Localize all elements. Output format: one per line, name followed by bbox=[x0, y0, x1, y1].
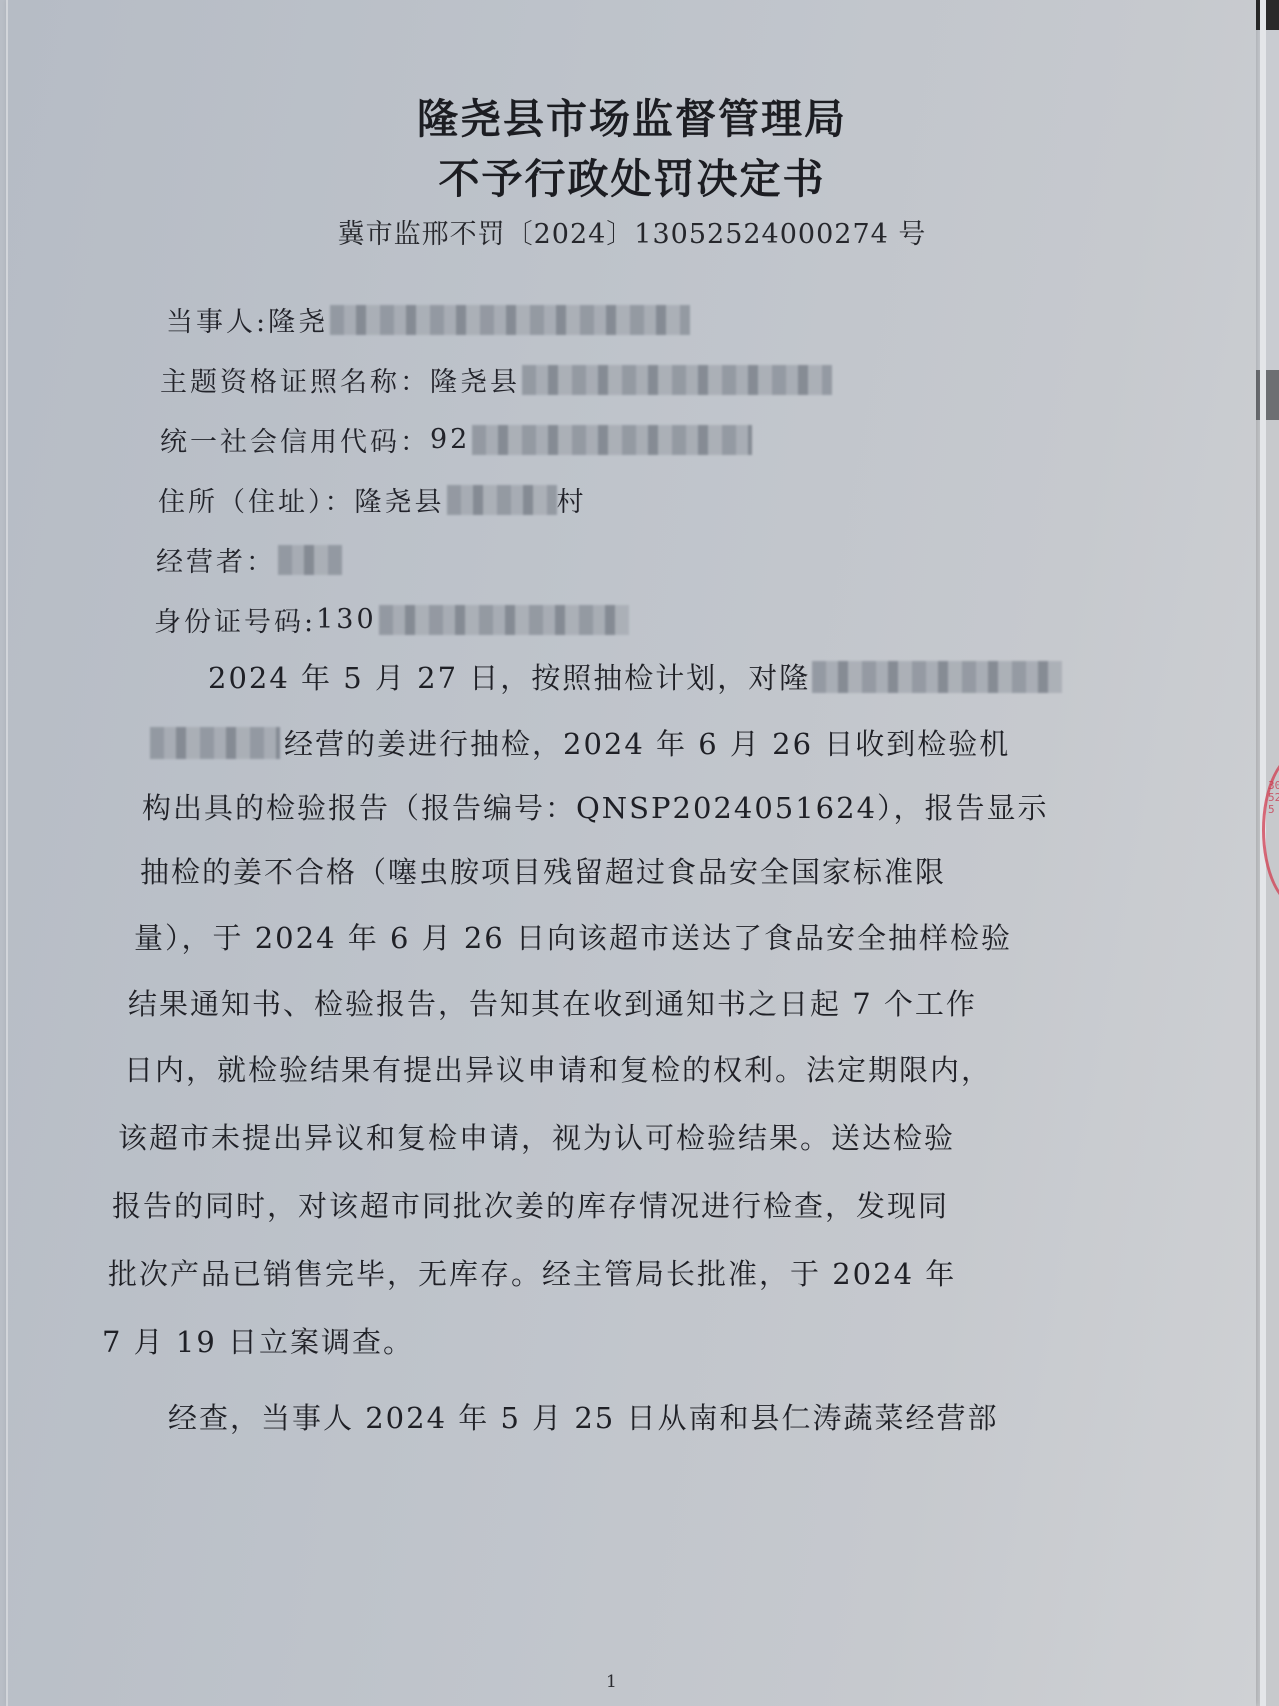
paragraph-line: 批次产品已销售完毕，无库存。经主管局长批准，于 2024 年 bbox=[108, 1252, 956, 1293]
paragraph-line: 结果通知书、检验报告，告知其在收到通知书之日起 7 个工作 bbox=[128, 982, 977, 1023]
field-label: 当事人: bbox=[166, 300, 268, 339]
paragraph-line: 该超市未提出异议和复检申请，视为认可检验结果。送达检验 bbox=[118, 1116, 955, 1157]
field-value: 隆尧县 bbox=[430, 360, 520, 399]
paragraph-line: 日内，就检验结果有提出异议申请和复检的权利。法定期限内， bbox=[124, 1048, 992, 1089]
page-number: 1 bbox=[606, 1672, 617, 1692]
document-page: 隆尧县市场监督管理局 不予行政处罚决定书 冀市监邢不罚〔2024〕1305252… bbox=[6, 0, 1256, 1706]
paragraph-line: 2024 年 5 月 27 日，按照抽检计划，对隆 bbox=[208, 656, 1062, 697]
redacted-block bbox=[150, 727, 280, 759]
paragraph-line: 7 月 19 日立案调查。 bbox=[102, 1320, 414, 1361]
document-title-type: 不予行政处罚决定书 bbox=[8, 146, 1256, 205]
field-value: 130 bbox=[316, 604, 377, 635]
field-label: 经营者： bbox=[156, 540, 276, 579]
field-address: 住所（住址）： 隆尧县 村 bbox=[158, 480, 587, 519]
paragraph-line: 经查，当事人 2024 年 5 月 25 日从南和县仁涛蔬菜经营部 bbox=[168, 1396, 998, 1437]
field-suffix: 村 bbox=[557, 480, 587, 519]
field-value: 92 bbox=[430, 424, 470, 455]
field-label: 住所（住址）： bbox=[158, 480, 355, 519]
paragraph-line: 抽检的姜不合格（噻虫胺项目残留超过食品安全国家标准限 bbox=[140, 850, 946, 891]
field-id-number: 身份证号码: 130 bbox=[154, 600, 629, 639]
redacted-block bbox=[472, 425, 752, 455]
redacted-block bbox=[379, 605, 629, 635]
field-label: 统一社会信用代码： bbox=[160, 420, 430, 459]
field-operator: 经营者： bbox=[156, 540, 342, 579]
redacted-block bbox=[278, 545, 342, 575]
document-number: 冀市监邢不罚〔2024〕13052524000274 号 bbox=[8, 212, 1256, 251]
redacted-block bbox=[522, 365, 832, 395]
field-label: 身份证号码: bbox=[154, 600, 316, 639]
seal-number: 30525 bbox=[1268, 780, 1279, 816]
paragraph-line: 经营的姜进行抽检，2024 年 6 月 26 日收到检验机 bbox=[148, 722, 1010, 763]
redacted-block bbox=[447, 485, 557, 515]
field-label: 主题资格证照名称： bbox=[160, 360, 430, 399]
paragraph-line: 构出具的检验报告（报告编号：QNSP2024051624），报告显示 bbox=[142, 786, 1049, 827]
field-credit-code: 统一社会信用代码： 92 bbox=[160, 420, 752, 459]
paragraph-line: 量），于 2024 年 6 月 26 日向该超市送达了食品安全抽样检验 bbox=[134, 916, 1012, 957]
field-value: 隆尧县 bbox=[355, 480, 445, 519]
redacted-block bbox=[812, 661, 1062, 693]
redacted-block bbox=[330, 305, 690, 335]
paragraph-line: 报告的同时，对该超市同批次姜的库存情况进行检查，发现同 bbox=[112, 1184, 949, 1225]
field-value: 隆尧 bbox=[268, 300, 328, 339]
field-party: 当事人: 隆尧 bbox=[166, 300, 690, 339]
field-license-name: 主题资格证照名称： 隆尧县 bbox=[160, 360, 832, 399]
document-title-agency: 隆尧县市场监督管理局 bbox=[8, 86, 1256, 145]
